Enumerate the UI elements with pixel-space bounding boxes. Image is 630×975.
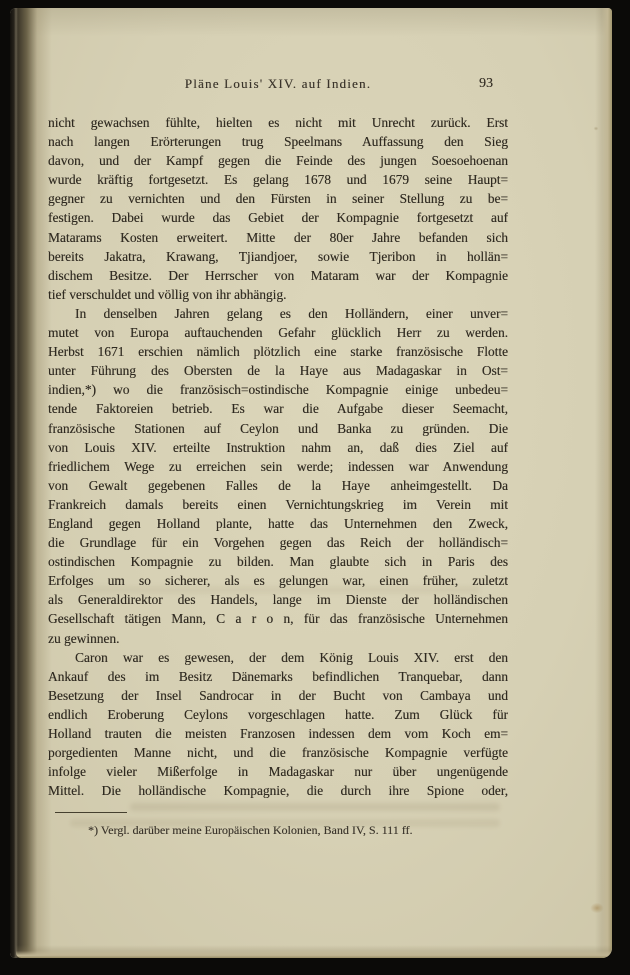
text-line: mutet von Europa auftauchenden Gefahr gl… bbox=[48, 323, 508, 342]
text-line: Frankreich damals bereits einen Vernicht… bbox=[48, 495, 508, 514]
text-line: wurde kräftig fortgesetzt. Es gelang 167… bbox=[48, 170, 508, 189]
text-line: Holland trauten die meisten Franzosen in… bbox=[48, 724, 508, 743]
text-line: In denselben Jahren gelang es den Hollän… bbox=[48, 304, 508, 323]
text-line: bereits Jakatra, Krawang, Tjiandjoer, so… bbox=[48, 247, 508, 266]
text-line: Mittel. Die holländische Kompagnie, die … bbox=[48, 781, 508, 800]
text-line: Besetzung der Insel Sandrocar in der Buc… bbox=[48, 686, 508, 705]
text-line: unter Führung des Obersten de la Haye au… bbox=[48, 361, 508, 380]
text-line: England gegen Holland plante, hatte das … bbox=[48, 514, 508, 533]
text-line: tief verschuldet und völlig von ihr abhä… bbox=[48, 285, 508, 304]
text-line: zu gewinnen. bbox=[48, 629, 508, 648]
paper-stain bbox=[588, 901, 606, 915]
text-line: gegner zu vernichten und den Fürsten in … bbox=[48, 189, 508, 208]
text-line: davon, und der Kampf gegen die Feinde de… bbox=[48, 151, 508, 170]
footnote-text: *) Vergl. darüber meine Europäischen Kol… bbox=[88, 822, 518, 838]
text-line: Caron war es gewesen, der dem König Loui… bbox=[48, 648, 508, 667]
book-page: Pläne Louis' XIV. auf Indien. 93 nicht g… bbox=[10, 8, 612, 958]
text-line: Ankauf des im Besitz Dänemarks befindlic… bbox=[48, 667, 508, 686]
text-line: nicht gewachsen fühlte, hielten es nicht… bbox=[48, 113, 508, 132]
page-edge-bottom bbox=[16, 945, 612, 958]
text-line: festigen. Dabei wurde das Gebiet der Kom… bbox=[48, 208, 508, 227]
footnote-separator bbox=[55, 812, 127, 813]
text-line: dischem Besitze. Der Herrscher von Matar… bbox=[48, 266, 508, 285]
page-edge-right bbox=[595, 8, 612, 958]
text-line: nach langen Erörterungen trug Speelmans … bbox=[48, 132, 508, 151]
page-number: 93 bbox=[479, 76, 493, 92]
page-header: Pläne Louis' XIV. auf Indien. 93 bbox=[48, 76, 508, 96]
text-line: friedlichem Wege zu erreichen sein werde… bbox=[48, 457, 508, 476]
text-line: Matarams Kosten erweitert. Mitte der 80e… bbox=[48, 228, 508, 247]
text-line: von Gewalt gegebenen Falles de la Haye a… bbox=[48, 476, 508, 495]
text-line: endlich Eroberung Ceylons vorgeschlagen … bbox=[48, 705, 508, 724]
text-line: indien,*) wo die französisch=ostindische… bbox=[48, 380, 508, 399]
binding-edge-highlight bbox=[14, 8, 18, 958]
book-scan: Pläne Louis' XIV. auf Indien. 93 nicht g… bbox=[0, 0, 630, 975]
running-header-title: Pläne Louis' XIV. auf Indien. bbox=[48, 76, 508, 92]
paper-speck bbox=[593, 126, 599, 131]
text-line: infolge vieler Mißerfolge in Madagaskar … bbox=[48, 762, 508, 781]
text-line: ostindischen Kompagnie zu bilden. Man gl… bbox=[48, 552, 508, 571]
text-line: Herbst 1671 erschien nämlich plötzlich e… bbox=[48, 342, 508, 361]
show-through-ghosting bbox=[130, 803, 500, 811]
text-line: als Generaldirektor des Handels, lange i… bbox=[48, 590, 508, 609]
text-line: die Grundlage für ein Vorgehen gegen das… bbox=[48, 533, 508, 552]
text-line: französische Stationen auf Ceylon und Ba… bbox=[48, 419, 508, 438]
text-line: Erfolges um so sicherer, als es gelungen… bbox=[48, 571, 508, 590]
body-text: nicht gewachsen fühlte, hielten es nicht… bbox=[48, 113, 508, 800]
text-line: Gesellschaft tätigen Mann, C a r o n, fü… bbox=[48, 609, 508, 628]
text-line: von Louis XIV. erteilte Instruktion nahm… bbox=[48, 438, 508, 457]
text-line: porgedienten Manne nicht, und die franzö… bbox=[48, 743, 508, 762]
text-line: tende Faktoreien betrieb. Es war die Auf… bbox=[48, 399, 508, 418]
